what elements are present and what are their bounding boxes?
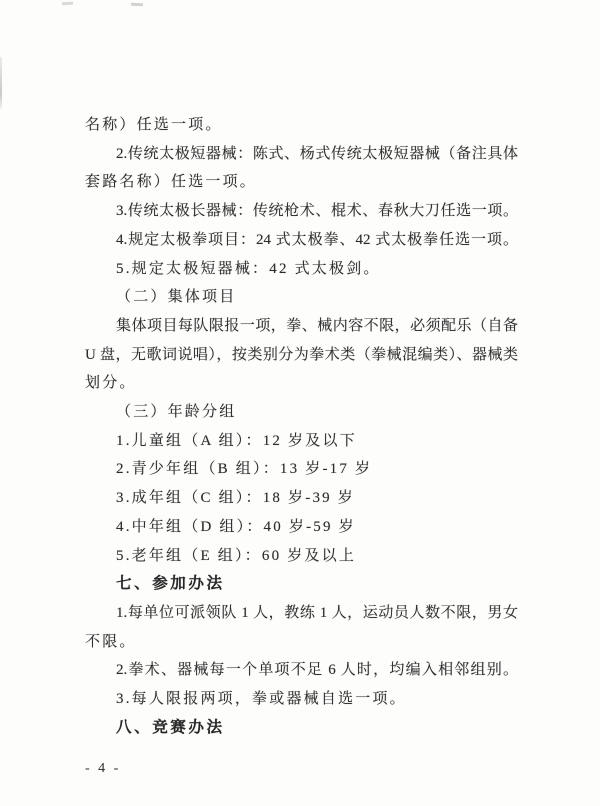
body-text-line: 套路名称）任选一项。 [85, 168, 518, 197]
scan-artifact-dash [62, 2, 73, 5]
body-text-line: 2.传统太极短器械：陈式、杨式传统太极短器械（备注具体 [85, 140, 518, 169]
body-text-line: 1.每单位可派领队 1 人，教练 1 人，运动员人数不限，男女 [85, 599, 518, 628]
body-text-line: 划分。 [85, 369, 518, 398]
subsection-heading: （二）集体项目 [85, 283, 518, 312]
body-text-line: 5.老年组（E 组）：60 岁及以上 [85, 542, 518, 571]
body-text-line: 3.传统太极长器械：传统枪术、棍术、春秋大刀任选一项。 [85, 197, 518, 226]
body-text-line: 2.拳术、器械每一个单项不足 6 人时，均编入相邻组别。 [85, 656, 518, 685]
body-text-line: 3.成年组（C 组）：18 岁-39 岁 [85, 484, 518, 513]
page-number: - 4 - [85, 761, 121, 777]
subsection-heading: （三）年龄分组 [85, 398, 518, 427]
scan-artifact-dash [131, 3, 143, 6]
body-text-line: 4.规定太极拳项目：24 式太极拳、42 式太极拳任选一项。 [85, 226, 518, 255]
document-page: 名称）任选一项。 2.传统太极短器械：陈式、杨式传统太极短器械（备注具体 套路名… [0, 0, 600, 806]
body-text-line: U 盘，无歌词说唱），按类别分为拳术类（拳械混编类）、器械类 [85, 341, 518, 370]
body-text-line: 4.中年组（D 组）：40 岁-59 岁 [85, 513, 518, 542]
section-heading: 七、参加办法 [85, 570, 518, 599]
body-text-line: 集体项目每队限报一项，拳、械内容不限，必须配乐（自备 [85, 312, 518, 341]
document-body: 名称）任选一项。 2.传统太极短器械：陈式、杨式传统太极短器械（备注具体 套路名… [85, 111, 518, 742]
body-text-line: 3.每人限报两项，拳或器械自选一项。 [85, 685, 518, 714]
body-text-line: 1.儿童组（A 组）：12 岁及以下 [85, 427, 518, 456]
body-text-line: 不限。 [85, 628, 518, 657]
section-heading: 八、竞赛办法 [85, 714, 518, 743]
body-text-line: 名称）任选一项。 [85, 111, 518, 140]
body-text-line: 5.规定太极短器械：42 式太极剑。 [85, 255, 518, 284]
scan-artifact-edge-line [0, 57, 2, 109]
body-text-line: 2.青少年组（B 组）：13 岁-17 岁 [85, 455, 518, 484]
